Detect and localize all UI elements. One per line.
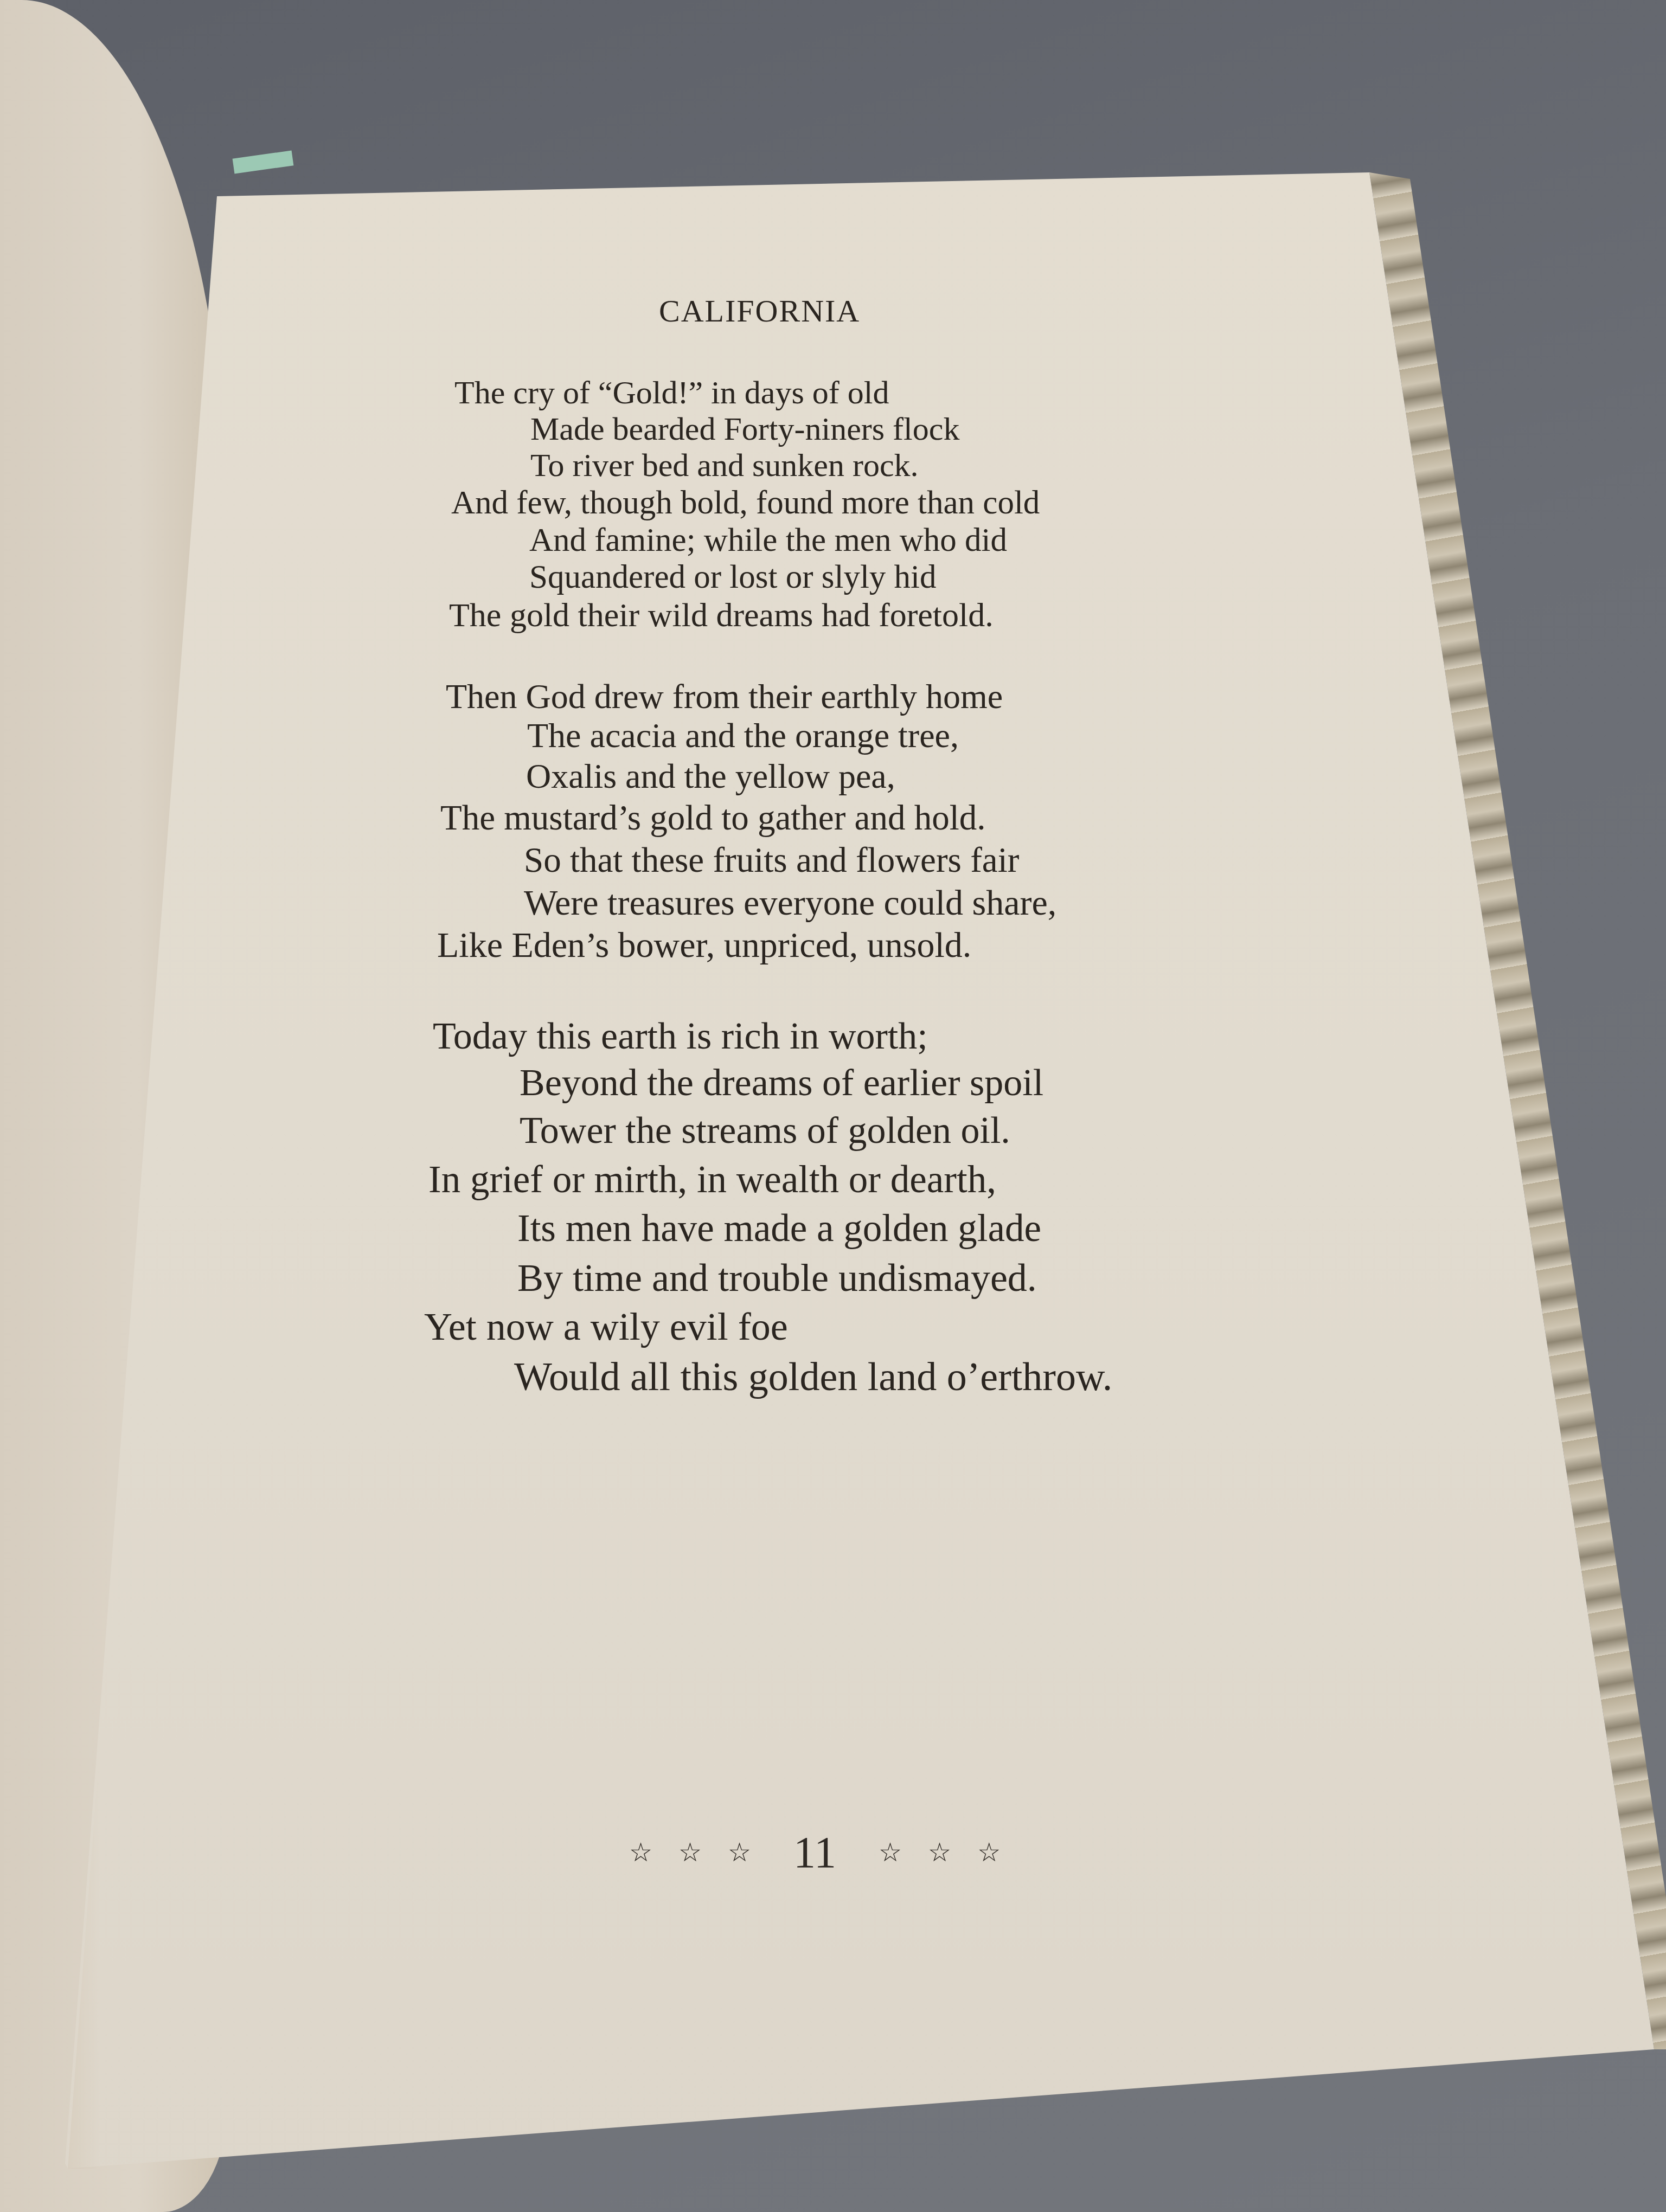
poem-line: Made bearded Forty-niners flock [530, 410, 959, 448]
poem-content: CALIFORNIA The cry of “Gold!” in days of… [0, 0, 1666, 2212]
poem-line: Would all this golden land o’erthrow. [514, 1354, 1112, 1400]
poem-line: Today this earth is rich in worth; [433, 1015, 928, 1058]
poem-line: Yet now a wily evil foe [424, 1304, 788, 1349]
poem-line: To river bed and sunken rock. [530, 447, 919, 484]
poem-line: The gold their wild dreams had foretold. [449, 596, 994, 635]
poem-line: Beyond the dreams of earlier spoil [520, 1062, 1043, 1105]
poem-line: Oxalis and the yellow pea, [526, 756, 895, 796]
poem-line: So that these fruits and flowers fair [524, 840, 1019, 881]
poem-line: In grief or mirth, in wealth or dearth, [428, 1158, 996, 1202]
poem-line: And few, though bold, found more than co… [451, 484, 1040, 522]
page-footer: ☆ ☆ ☆ 11 ☆ ☆ ☆ [629, 1827, 1001, 1878]
poem-title: CALIFORNIA [659, 293, 860, 329]
poem-line: The cry of “Gold!” in days of old [454, 374, 889, 411]
poem-line: The mustard’s gold to gather and hold. [440, 798, 986, 839]
star-icon: ☆ [928, 1837, 951, 1868]
star-icon: ☆ [629, 1837, 652, 1868]
poem-line: By time and trouble undismayed. [517, 1256, 1037, 1301]
poem-line: Tower the streams of golden oil. [520, 1109, 1010, 1153]
star-icon: ☆ [728, 1837, 751, 1868]
poem-line: Like Eden’s bower, unpriced, unsold. [437, 925, 971, 966]
poem-line: Then God drew from their earthly home [446, 677, 1003, 717]
page-number: 11 [793, 1827, 836, 1878]
star-icon: ☆ [879, 1837, 902, 1868]
star-icon: ☆ [977, 1837, 1001, 1868]
poem-line: Squandered or lost or slyly hid [529, 558, 937, 596]
star-icon: ☆ [678, 1837, 702, 1868]
poem-line: Were treasures everyone could share, [524, 883, 1056, 924]
poem-line: And famine; while the men who did [529, 522, 1007, 560]
poem-line: The acacia and the orange tree, [527, 716, 959, 756]
poem-line: Its men have made a golden glade [517, 1207, 1041, 1251]
